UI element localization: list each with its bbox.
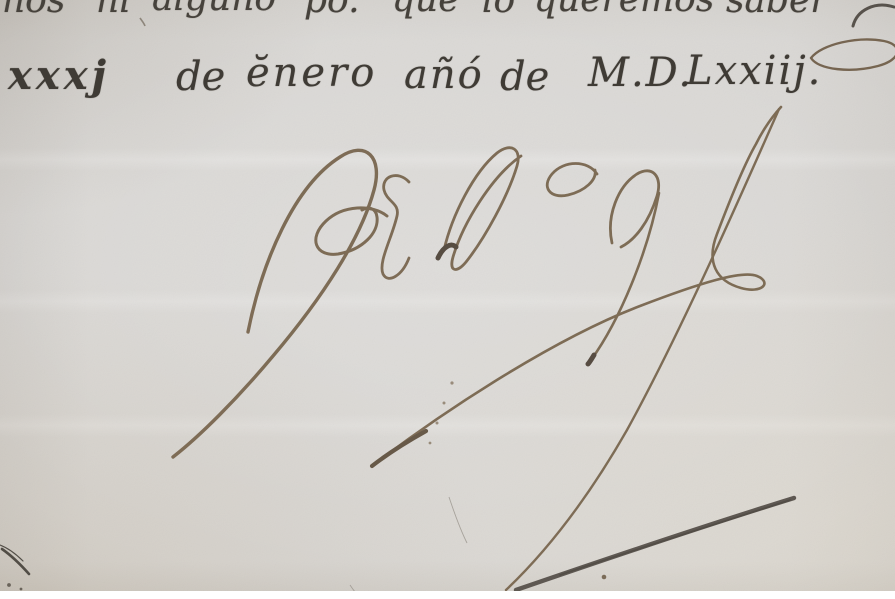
rubric-flourish [372,107,781,466]
photo-white-margin [0,591,895,599]
royal-signature-yo-el-rey: Yo el Rey [173,107,781,590]
date-flourish-oval [811,40,895,70]
ink-strokes: Yo el Rey [0,0,895,591]
paper-fibers [140,18,467,591]
screenshot-root: nos ni alguno po. que lo queremos saber … [0,0,895,599]
manuscript-photo: nos ni alguno po. que lo queremos saber … [0,0,895,591]
bottom-right-pen-stroke [516,498,794,590]
corner-cut-stroke [853,5,894,26]
bottom-left-ink-tick [0,545,29,574]
ink-dot-trail [429,381,454,444]
